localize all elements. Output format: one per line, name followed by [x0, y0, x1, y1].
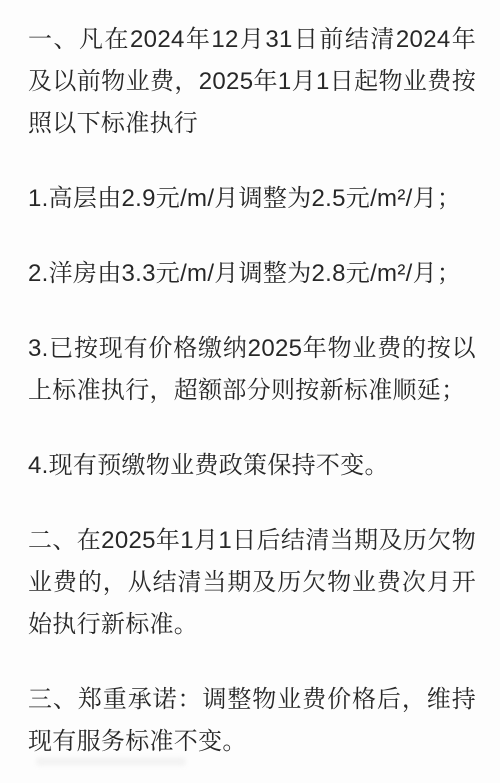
property-fee-notice: 一、凡在2024年12月31日前结清2024年及以前物业费，2025年1月1日起… [0, 0, 500, 783]
clause-1-intro: 一、凡在2024年12月31日前结清2024年及以前物业费，2025年1月1日起… [28, 19, 476, 145]
fee-item-prepay-policy: 4.现有预缴物业费政策保持不变。 [28, 445, 476, 487]
clause-3-commitment: 三、郑重承诺：调整物业费价格后，维持现有服务标准不变。 [28, 679, 476, 763]
fee-item-highrise: 1.高层由2.9元/m/月调整为2.5元/m²/月； [28, 178, 476, 220]
fee-item-paid-2025: 3.已按现有价格缴纳2025年物业费的按以上标准执行，超额部分则按新标准顺延； [28, 328, 476, 412]
faint-watermark [36, 757, 186, 766]
fee-item-garden-house: 2.洋房由3.3元/m/月调整为2.8元/m²/月； [28, 253, 476, 295]
clause-2-settle-after: 二、在2025年1月1日后结清当期及历欠物业费的，从结清当期及历欠物业费次月开始… [28, 520, 476, 646]
